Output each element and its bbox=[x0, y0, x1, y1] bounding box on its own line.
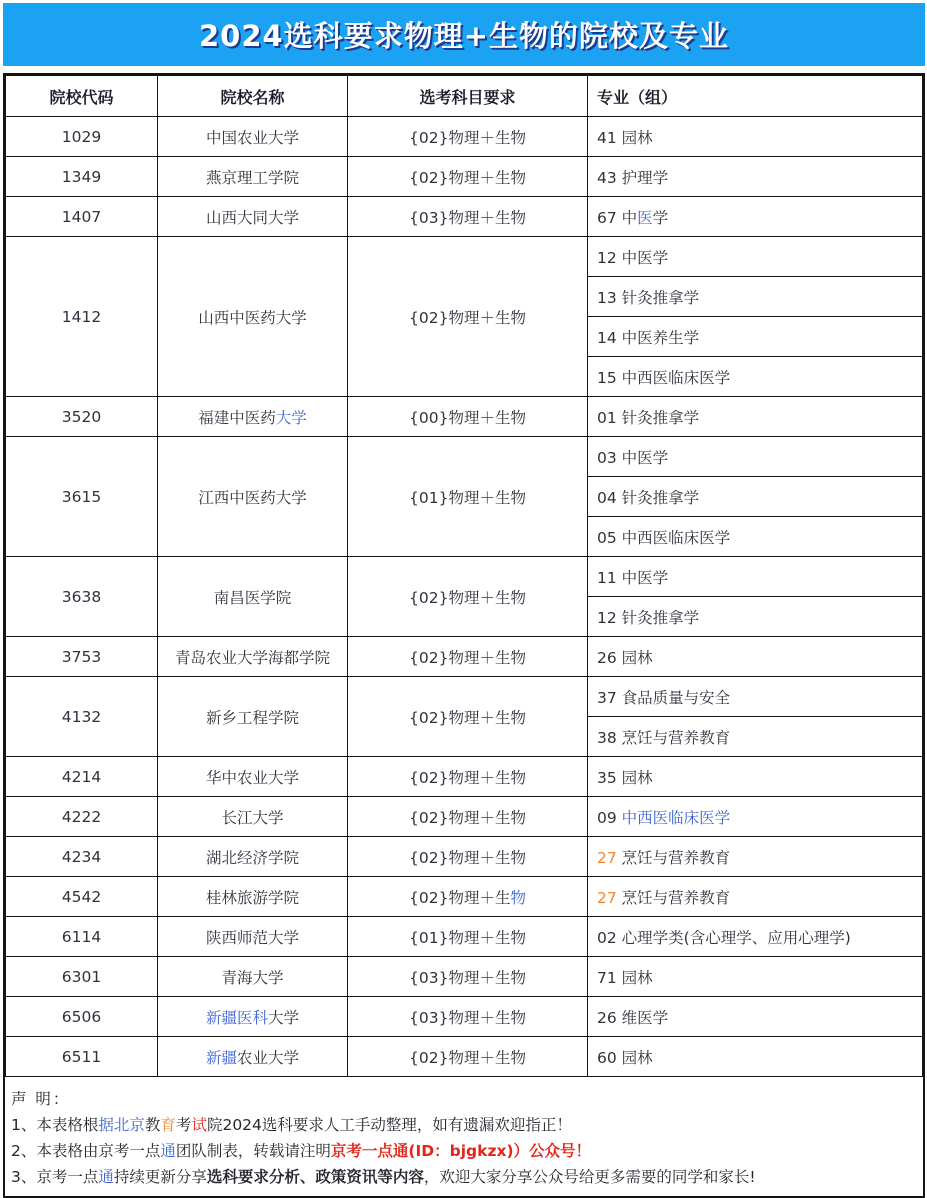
text-segment: 大学 bbox=[268, 1009, 299, 1027]
table-row: 6301青海大学{03}物理＋生物71 园林 bbox=[6, 957, 923, 997]
text-segment: 育 bbox=[160, 1116, 176, 1134]
table-row: 6114陕西师范大学{01}物理＋生物02 心理学类(含心理学、应用心理学) bbox=[6, 917, 923, 957]
table-row: 3520福建中医药大学{00}物理＋生物01 针灸推拿学 bbox=[6, 397, 923, 437]
text-segment: 农业大学 bbox=[237, 1049, 299, 1067]
major-cell: 03 中医学 bbox=[588, 437, 923, 477]
school-name-cell: 福建中医药大学 bbox=[158, 397, 348, 437]
footer-heading: 声 明： bbox=[11, 1086, 915, 1112]
major-cell: 43 护理学 bbox=[588, 157, 923, 197]
school-name-cell: 江西中医药大学 bbox=[158, 437, 348, 557]
subject-req-cell: {03}物理＋生物 bbox=[348, 197, 588, 237]
subject-req-cell: {02}物理＋生物 bbox=[348, 877, 588, 917]
school-code-cell: 1412 bbox=[6, 237, 158, 397]
title-bar: 2024选科要求物理+生物的院校及专业 bbox=[3, 3, 925, 66]
subject-req-cell: {03}物理＋生物 bbox=[348, 957, 588, 997]
subject-req-cell: {02}物理＋生物 bbox=[348, 677, 588, 757]
school-code-cell: 1407 bbox=[6, 197, 158, 237]
table-row: 1029中国农业大学{02}物理＋生物41 园林 bbox=[6, 117, 923, 157]
major-cell: 27 烹饪与营养教育 bbox=[588, 877, 923, 917]
table-container: 院校代码 院校名称 选考科目要求 专业（组） 1029中国农业大学{02}物理＋… bbox=[3, 73, 925, 1198]
text-segment: 中西医临床医学 bbox=[622, 809, 731, 827]
school-name-cell: 新乡工程学院 bbox=[158, 677, 348, 757]
school-name-cell: 新疆医科大学 bbox=[158, 997, 348, 1037]
footer-lines: 1、本表格根据北京教育考试院2024选科要求人工手动整理，如有遗漏欢迎指正！2、… bbox=[11, 1112, 915, 1190]
page-title: 2024选科要求物理+生物的院校及专业 bbox=[199, 14, 729, 55]
text-segment: 27 bbox=[597, 889, 617, 907]
table-row: 1407山西大同大学{03}物理＋生物67 中医学 bbox=[6, 197, 923, 237]
major-cell: 04 针灸推拿学 bbox=[588, 477, 923, 517]
major-cell: 09 中西医临床医学 bbox=[588, 797, 923, 837]
major-cell: 41 园林 bbox=[588, 117, 923, 157]
major-cell: 05 中西医临床医学 bbox=[588, 517, 923, 557]
school-name-cell: 长江大学 bbox=[158, 797, 348, 837]
text-segment: 试 bbox=[191, 1116, 207, 1134]
header-row: 院校代码 院校名称 选考科目要求 专业（组） bbox=[6, 76, 923, 117]
subject-req-cell: {02}物理＋生物 bbox=[348, 1037, 588, 1077]
text-segment: 学 bbox=[653, 209, 669, 227]
text-segment: 团队制表，转载请注明 bbox=[176, 1142, 331, 1160]
table-row: 3638南昌医学院{02}物理＋生物11 中医学 bbox=[6, 557, 923, 597]
school-code-cell: 1029 bbox=[6, 117, 158, 157]
major-cell: 35 园林 bbox=[588, 757, 923, 797]
footer-disclaimer: 声 明： 1、本表格根据北京教育考试院2024选科要求人工手动整理，如有遗漏欢迎… bbox=[5, 1077, 923, 1196]
text-segment: 3、京考一点 bbox=[11, 1168, 98, 1186]
text-segment: 教 bbox=[145, 1116, 161, 1134]
school-code-cell: 1349 bbox=[6, 157, 158, 197]
title-table-gap bbox=[3, 66, 925, 73]
school-code-cell: 3638 bbox=[6, 557, 158, 637]
school-name-cell: 燕京理工学院 bbox=[158, 157, 348, 197]
major-cell: 60 园林 bbox=[588, 1037, 923, 1077]
major-cell: 67 中医学 bbox=[588, 197, 923, 237]
schools-table: 院校代码 院校名称 选考科目要求 专业（组） 1029中国农业大学{02}物理＋… bbox=[5, 75, 923, 1077]
text-segment: 通 bbox=[160, 1142, 176, 1160]
text-segment: 据北京 bbox=[98, 1116, 145, 1134]
major-cell: 27 烹饪与营养教育 bbox=[588, 837, 923, 877]
major-cell: 12 针灸推拿学 bbox=[588, 597, 923, 637]
subject-req-cell: {02}物理＋生物 bbox=[348, 157, 588, 197]
school-code-cell: 3615 bbox=[6, 437, 158, 557]
text-segment: 医 bbox=[637, 209, 653, 227]
text-segment: 烹饪与营养教育 bbox=[617, 889, 730, 907]
table-row: 4542桂林旅游学院{02}物理＋生物27 烹饪与营养教育 bbox=[6, 877, 923, 917]
text-segment: 院2024选科要求人工手动整理，如有遗漏欢迎指正！ bbox=[207, 1116, 572, 1134]
school-code-cell: 4222 bbox=[6, 797, 158, 837]
table-body: 1029中国农业大学{02}物理＋生物41 园林1349燕京理工学院{02}物理… bbox=[6, 117, 923, 1077]
subject-req-cell: {02}物理＋生物 bbox=[348, 757, 588, 797]
text-segment: 1、本表格根 bbox=[11, 1116, 98, 1134]
text-segment: 持续更新分享 bbox=[114, 1168, 207, 1186]
school-code-cell: 6301 bbox=[6, 957, 158, 997]
table-row: 3753青岛农业大学海都学院{02}物理＋生物26 园林 bbox=[6, 637, 923, 677]
school-code-cell: 3753 bbox=[6, 637, 158, 677]
school-code-cell: 6114 bbox=[6, 917, 158, 957]
table-row: 4214华中农业大学{02}物理＋生物35 园林 bbox=[6, 757, 923, 797]
subject-req-cell: {02}物理＋生物 bbox=[348, 637, 588, 677]
header-school-code: 院校代码 bbox=[6, 76, 158, 117]
text-segment: 27 bbox=[597, 849, 617, 867]
footer-line: 3、京考一点通持续更新分享选科要求分析、政策资讯等内容，欢迎大家分享公众号给更多… bbox=[11, 1164, 915, 1190]
major-cell: 11 中医学 bbox=[588, 557, 923, 597]
subject-req-cell: {00}物理＋生物 bbox=[348, 397, 588, 437]
table-row: 4132新乡工程学院{02}物理＋生物37 食品质量与安全 bbox=[6, 677, 923, 717]
school-name-cell: 桂林旅游学院 bbox=[158, 877, 348, 917]
table-row: 4222长江大学{02}物理＋生物09 中西医临床医学 bbox=[6, 797, 923, 837]
school-name-cell: 青海大学 bbox=[158, 957, 348, 997]
table-row: 1412山西中医药大学{02}物理＋生物12 中医学 bbox=[6, 237, 923, 277]
school-code-cell: 4542 bbox=[6, 877, 158, 917]
school-code-cell: 4234 bbox=[6, 837, 158, 877]
subject-req-cell: {02}物理＋生物 bbox=[348, 797, 588, 837]
text-segment: 新疆医科 bbox=[206, 1009, 268, 1027]
major-cell: 01 针灸推拿学 bbox=[588, 397, 923, 437]
school-code-cell: 3520 bbox=[6, 397, 158, 437]
sheet: 2024选科要求物理+生物的院校及专业 院校代码 院校名称 选考科目要求 专业（… bbox=[0, 0, 927, 1194]
header-major-group: 专业（组） bbox=[588, 76, 923, 117]
school-name-cell: 中国农业大学 bbox=[158, 117, 348, 157]
text-segment: 京考一点 bbox=[98, 1142, 160, 1160]
table-row: 6506新疆医科大学{03}物理＋生物26 维医学 bbox=[6, 997, 923, 1037]
school-code-cell: 4132 bbox=[6, 677, 158, 757]
table-row: 6511新疆农业大学{02}物理＋生物60 园林 bbox=[6, 1037, 923, 1077]
text-segment: 67 中 bbox=[597, 209, 637, 227]
school-name-cell: 新疆农业大学 bbox=[158, 1037, 348, 1077]
school-name-cell: 湖北经济学院 bbox=[158, 837, 348, 877]
text-segment: 大学 bbox=[276, 409, 307, 427]
subject-req-cell: {02}物理＋生物 bbox=[348, 237, 588, 397]
text-segment: 2、本表格由 bbox=[11, 1142, 98, 1160]
table-row: 3615江西中医药大学{01}物理＋生物03 中医学 bbox=[6, 437, 923, 477]
school-name-cell: 青岛农业大学海都学院 bbox=[158, 637, 348, 677]
major-cell: 13 针灸推拿学 bbox=[588, 277, 923, 317]
text-segment: 新疆 bbox=[206, 1049, 237, 1067]
school-name-cell: 陕西师范大学 bbox=[158, 917, 348, 957]
major-cell: 12 中医学 bbox=[588, 237, 923, 277]
table-row: 4234湖北经济学院{02}物理＋生物27 烹饪与营养教育 bbox=[6, 837, 923, 877]
text-segment: 福建中医药 bbox=[198, 409, 276, 427]
subject-req-cell: {01}物理＋生物 bbox=[348, 917, 588, 957]
major-cell: 26 园林 bbox=[588, 637, 923, 677]
table-row: 1349燕京理工学院{02}物理＋生物43 护理学 bbox=[6, 157, 923, 197]
text-segment: 物 bbox=[510, 889, 526, 907]
table-header: 院校代码 院校名称 选考科目要求 专业（组） bbox=[6, 76, 923, 117]
major-cell: 38 烹饪与营养教育 bbox=[588, 717, 923, 757]
major-cell: 26 维医学 bbox=[588, 997, 923, 1037]
school-name-cell: 南昌医学院 bbox=[158, 557, 348, 637]
subject-req-cell: {03}物理＋生物 bbox=[348, 997, 588, 1037]
school-code-cell: 6506 bbox=[6, 997, 158, 1037]
school-name-cell: 山西大同大学 bbox=[158, 197, 348, 237]
major-cell: 37 食品质量与安全 bbox=[588, 677, 923, 717]
header-subject-req: 选考科目要求 bbox=[348, 76, 588, 117]
major-cell: 71 园林 bbox=[588, 957, 923, 997]
school-name-cell: 华中农业大学 bbox=[158, 757, 348, 797]
major-cell: 15 中西医临床医学 bbox=[588, 357, 923, 397]
text-segment: 京考一点通(ID：bjgkzx)）公众号！ bbox=[331, 1142, 591, 1160]
text-segment: 考 bbox=[176, 1116, 192, 1134]
subject-req-cell: {02}物理＋生物 bbox=[348, 557, 588, 637]
footer-line: 2、本表格由京考一点通团队制表，转载请注明京考一点通(ID：bjgkzx)）公众… bbox=[11, 1138, 915, 1164]
text-segment: 09 bbox=[597, 809, 622, 827]
school-code-cell: 4214 bbox=[6, 757, 158, 797]
text-segment: 选科要求分析、政策资讯等内容 bbox=[207, 1168, 424, 1186]
subject-req-cell: {02}物理＋生物 bbox=[348, 837, 588, 877]
subject-req-cell: {02}物理＋生物 bbox=[348, 117, 588, 157]
subject-req-cell: {01}物理＋生物 bbox=[348, 437, 588, 557]
text-segment: 通 bbox=[98, 1168, 114, 1186]
text-segment: 烹饪与营养教育 bbox=[617, 849, 730, 867]
text-segment: {02}物理＋生 bbox=[409, 889, 510, 907]
major-cell: 14 中医养生学 bbox=[588, 317, 923, 357]
major-cell: 02 心理学类(含心理学、应用心理学) bbox=[588, 917, 923, 957]
text-segment: ，欢迎大家分享公众号给更多需要的同学和家长! bbox=[424, 1168, 756, 1186]
footer-line: 1、本表格根据北京教育考试院2024选科要求人工手动整理，如有遗漏欢迎指正！ bbox=[11, 1112, 915, 1138]
school-name-cell: 山西中医药大学 bbox=[158, 237, 348, 397]
header-school-name: 院校名称 bbox=[158, 76, 348, 117]
school-code-cell: 6511 bbox=[6, 1037, 158, 1077]
